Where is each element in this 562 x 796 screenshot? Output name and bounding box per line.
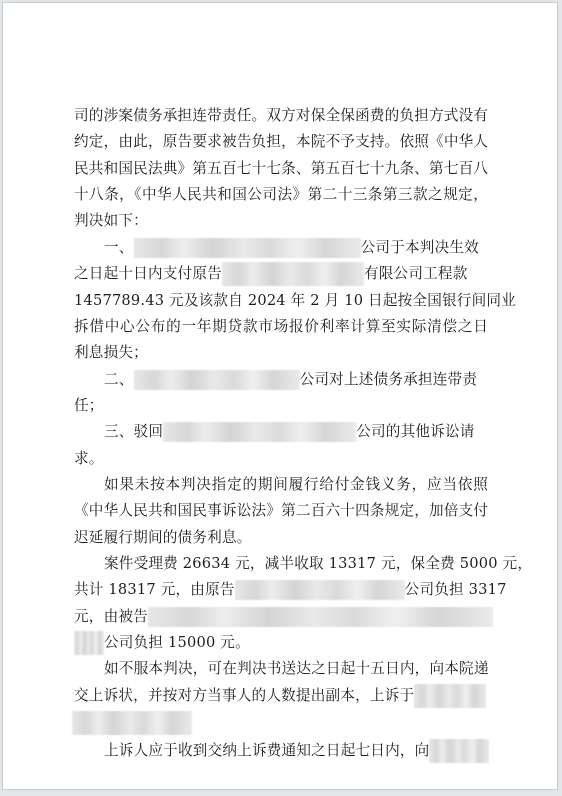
judgment-item-1: 一、公司于本判决生效	[104, 238, 488, 258]
fee-text: 公司负担 3317	[405, 580, 507, 600]
redacted-party	[148, 607, 493, 627]
text-line: 民共和国民法典》第五百七十七条、第五百七十九条、第七百八	[74, 159, 488, 179]
redacted-party	[134, 238, 361, 258]
item-text: 公司对上述债务承担连带责	[300, 370, 478, 390]
item-text: 公司的其他诉讼请	[356, 422, 474, 442]
text-line: 如不服本判决，可在判决书送达之日起十五日内，向本院递	[104, 659, 488, 679]
text-line: 元，由被告	[74, 607, 488, 627]
item-text: 之日起十日内支付原告	[74, 264, 222, 284]
text-line: 之日起十日内支付原告有限公司工程款	[74, 264, 488, 284]
redacted-party	[134, 370, 300, 390]
text-line: 约定，由此，原告要求被告负担，本院不予支持。依照《中华人	[74, 132, 488, 152]
redacted-party	[222, 262, 364, 286]
text-line: 上诉人应于收到交纳上诉费通知之日起七日内，向	[104, 741, 488, 761]
item-text: 公司于本判决生效	[361, 238, 479, 258]
text-line: 交上诉状，并按对方当事人的人数提出副本，上诉于	[74, 686, 488, 706]
fee-text: 元，由被告	[74, 607, 148, 627]
redacted-party	[163, 422, 356, 442]
redacted-party	[235, 580, 405, 600]
item-prefix: 二、	[104, 370, 134, 390]
appeal-text: 交上诉状，并按对方当事人的人数提出副本，上诉于	[74, 686, 414, 706]
text-line: 迟延履行期间的债务利息。	[74, 528, 488, 548]
redacted-court	[72, 711, 192, 735]
appeal-text: 上诉人应于收到交纳上诉费通知之日起七日内，向	[104, 741, 429, 761]
text-line: 共计 18317 元，由原告公司负担 3317	[74, 580, 488, 600]
document-page: 司的涉案债务承担连带责任。双方对保全保函费的负担方式没有 约定，由此，原告要求被…	[2, 2, 558, 790]
redacted-court	[429, 739, 489, 763]
fee-text: 公司负担 15000 元。	[104, 633, 250, 653]
judgment-item-3: 三、驳回公司的其他诉讼请	[104, 422, 488, 442]
item-prefix: 三、驳回	[104, 422, 163, 442]
text-line: 任；	[74, 396, 488, 416]
redacted-court	[414, 684, 486, 708]
text-line	[74, 713, 488, 733]
text-line: 1457789.43 元及该款自 2024 年 2 月 10 日起按全国银行间同…	[74, 291, 488, 311]
text-line: 案件受理费 26634 元，减半收取 13317 元，保全费 5000 元，	[104, 554, 488, 574]
redacted-party	[74, 631, 104, 655]
text-line: 司的涉案债务承担连带责任。双方对保全保函费的负担方式没有	[74, 106, 488, 126]
text-line: 十八条，《中华人民共和国公司法》第二十三条第三款之规定，	[74, 185, 488, 205]
text-line: 求。	[74, 449, 488, 469]
item-prefix: 一、	[104, 238, 134, 258]
text-line: 公司负担 15000 元。	[74, 633, 488, 653]
judgment-item-2: 二、公司对上述债务承担连带责	[104, 370, 488, 390]
text-line: 判决如下：	[74, 211, 488, 231]
text-line: 拆借中心公布的一年期贷款市场报价利率计算至实际清偿之日	[74, 317, 488, 337]
text-line: 《中华人民共和国民事诉讼法》第二百六十四条规定，加倍支付	[74, 501, 488, 521]
text-line: 如果未按本判决指定的期间履行给付金钱义务，应当依照	[104, 475, 488, 495]
text-line: 利息损失；	[74, 343, 488, 363]
fee-text: 共计 18317 元，由原告	[74, 580, 235, 600]
item-text: 有限公司工程款	[364, 264, 468, 284]
